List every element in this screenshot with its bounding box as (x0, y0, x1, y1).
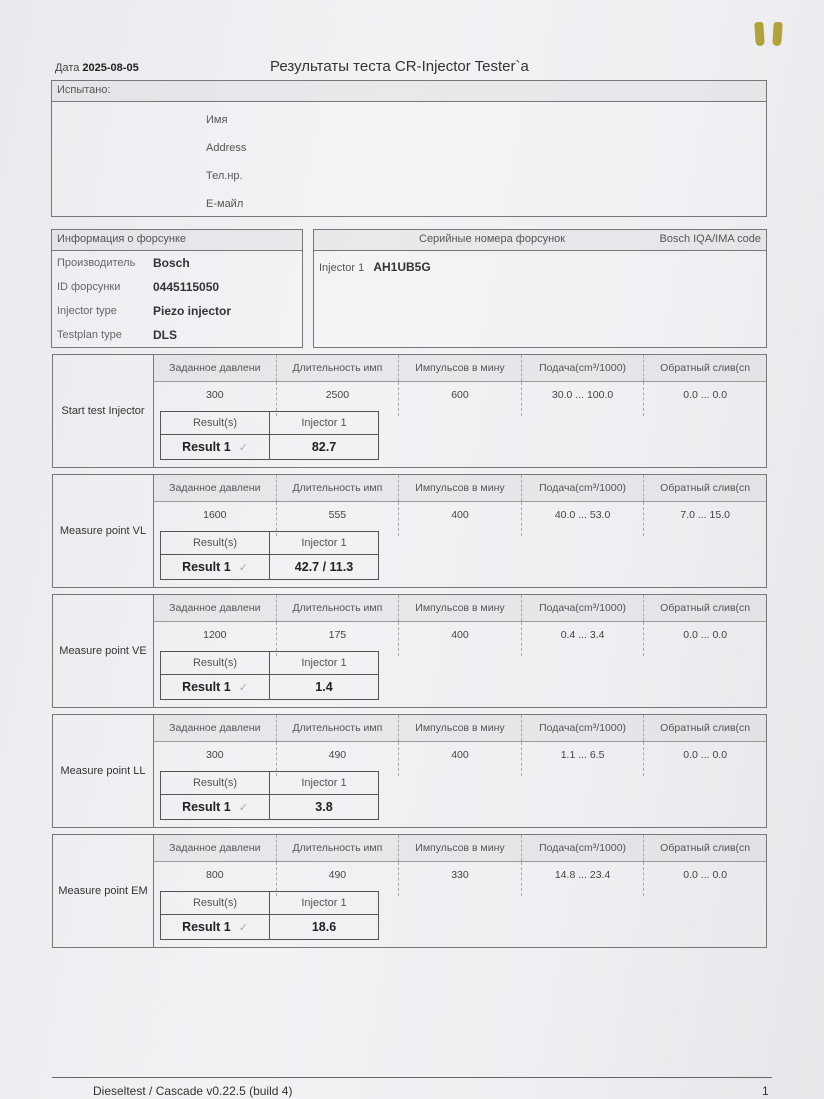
phone-field-label: Тел.нр. (206, 170, 246, 198)
column-header: Заданное давлени (154, 355, 277, 381)
column-header: Длительность имп (277, 355, 400, 381)
result-value-row: Result 1✓ 3.8 (161, 795, 378, 819)
result-label: Result 1 (182, 920, 231, 934)
paper-mark (772, 22, 783, 47)
result-header-row: Result(s) Injector 1 (161, 892, 378, 915)
tested-section: Испытано: Имя Address Тел.нр. E-майл (51, 80, 767, 217)
name-field-label: Имя (206, 114, 246, 142)
serial-code: AH1UB5G (373, 260, 430, 274)
column-value: 7.0 ... 15.0 (644, 502, 766, 536)
column-header: Длительность имп (277, 715, 400, 741)
result-table: Result(s) Injector 1 Result 1✓ 1.4 (160, 651, 379, 700)
column-header: Длительность имп (277, 595, 400, 621)
test-block: Measure point VL Заданное давлениДлитель… (52, 474, 767, 588)
info-key: Testplan type (57, 329, 153, 341)
params-value-row: 300250060030.0 ... 100.00.0 ... 0.0 (154, 382, 766, 412)
info-key: Injector type (57, 305, 153, 317)
column-value: 400 (399, 502, 522, 536)
test-block: Measure point VE Заданное давлениДлитель… (52, 594, 767, 708)
serials-title: Серийные номера форсунок (419, 233, 565, 247)
column-header: Подача(cm³/1000) (522, 835, 645, 861)
column-header: Обратный слив(cn (644, 835, 766, 861)
result-value: 3.8 (270, 795, 378, 819)
column-header: Заданное давлени (154, 835, 277, 861)
result-label: Result 1 (182, 680, 231, 694)
info-row-manufacturer: Производитель Bosch (52, 251, 302, 275)
results-header: Result(s) (161, 412, 270, 434)
injector-info-section: Информация о форсунке Производитель Bosc… (51, 229, 303, 348)
serials-header: Серийные номера форсунок Bosch IQA/IMA c… (314, 230, 766, 251)
footer-divider (52, 1077, 772, 1078)
injector-header: Injector 1 (270, 772, 378, 794)
result-label: Result 1 (182, 440, 231, 454)
results-header: Result(s) (161, 532, 270, 554)
info-row-injector-type: Injector type Piezo injector (52, 299, 302, 323)
email-field-label: E-майл (206, 198, 246, 226)
column-value: 0.0 ... 0.0 (644, 382, 766, 416)
injector-info-title: Информация о форсунке (52, 230, 302, 251)
column-header: Импульсов в мину (399, 475, 522, 501)
column-header: Подача(cm³/1000) (522, 475, 645, 501)
result-value: 82.7 (270, 435, 378, 459)
params-header-row: Заданное давлениДлительность импИмпульсо… (154, 595, 766, 622)
result-value-row: Result 1✓ 82.7 (161, 435, 378, 459)
column-header: Импульсов в мину (399, 715, 522, 741)
info-value: Piezo injector (153, 304, 231, 318)
column-header: Подача(cm³/1000) (522, 715, 645, 741)
column-header: Обратный слив(cn (644, 595, 766, 621)
column-value: 400 (399, 622, 522, 656)
paper-mark (754, 22, 765, 47)
address-field-label: Address (206, 142, 246, 170)
check-icon: ✓ (239, 442, 248, 454)
info-value: Bosch (153, 256, 190, 270)
injector-header: Injector 1 (270, 532, 378, 554)
serial-numbers-section: Серийные номера форсунок Bosch IQA/IMA c… (313, 229, 767, 348)
test-name: Measure point LL (53, 715, 154, 827)
info-row-injector-id: ID форсунки 0445115050 (52, 275, 302, 299)
column-header: Обратный слив(cn (644, 715, 766, 741)
result-header-row: Result(s) Injector 1 (161, 532, 378, 555)
test-block: Measure point LL Заданное давлениДлитель… (52, 714, 767, 828)
check-icon: ✓ (239, 922, 248, 934)
serial-injector: Injector 1 (319, 262, 364, 274)
report-date: Дата 2025-08-05 (55, 62, 139, 74)
footer-software: Dieseltest / Cascade v0.22.5 (build 4) (93, 1084, 292, 1098)
tested-title: Испытано: (52, 81, 766, 102)
params-value-row: 3004904001.1 ... 6.50.0 ... 0.0 (154, 742, 766, 772)
test-name: Measure point VL (53, 475, 154, 587)
params-header-row: Заданное давлениДлительность импИмпульсо… (154, 475, 766, 502)
result-value: 18.6 (270, 915, 378, 939)
check-icon: ✓ (239, 562, 248, 574)
code-column-label: Bosch IQA/IMA code (660, 233, 762, 247)
column-header: Длительность имп (277, 835, 400, 861)
params-value-row: 80049033014.8 ... 23.40.0 ... 0.0 (154, 862, 766, 892)
test-name: Measure point EM (53, 835, 154, 947)
column-value: 0.0 ... 0.0 (644, 742, 766, 776)
report-title: Результаты теста CR-Injector Tester`a (270, 58, 529, 75)
column-header: Обратный слив(cn (644, 355, 766, 381)
params-header-row: Заданное давлениДлительность импИмпульсо… (154, 355, 766, 382)
params-value-row: 12001754000.4 ... 3.40.0 ... 0.0 (154, 622, 766, 652)
info-key: Производитель (57, 257, 153, 269)
test-name: Measure point VE (53, 595, 154, 707)
result-value: 1.4 (270, 675, 378, 699)
info-key: ID форсунки (57, 281, 153, 293)
results-header: Result(s) (161, 772, 270, 794)
results-header: Result(s) (161, 892, 270, 914)
results-header: Result(s) (161, 652, 270, 674)
params-header-row: Заданное давлениДлительность импИмпульсо… (154, 835, 766, 862)
column-value: 600 (399, 382, 522, 416)
column-header: Импульсов в мину (399, 595, 522, 621)
check-icon: ✓ (239, 802, 248, 814)
injector-header: Injector 1 (270, 652, 378, 674)
column-value: 0.0 ... 0.0 (644, 862, 766, 896)
column-header: Заданное давлени (154, 595, 277, 621)
test-block: Start test Injector Заданное давлениДлит… (52, 354, 767, 468)
date-label: Дата (55, 62, 79, 74)
result-value-row: Result 1✓ 1.4 (161, 675, 378, 699)
column-value: 0.4 ... 3.4 (522, 622, 645, 656)
test-name: Start test Injector (53, 355, 154, 467)
info-row-testplan-type: Testplan type DLS (52, 323, 302, 347)
result-table: Result(s) Injector 1 Result 1✓ 3.8 (160, 771, 379, 820)
check-icon: ✓ (239, 682, 248, 694)
column-header: Подача(cm³/1000) (522, 595, 645, 621)
result-label: Result 1 (182, 800, 231, 814)
column-header: Обратный слив(cn (644, 475, 766, 501)
info-value: DLS (153, 328, 177, 342)
serial-row: Injector 1 AH1UB5G (314, 251, 766, 283)
result-value-row: Result 1✓ 42.7 / 11.3 (161, 555, 378, 579)
column-header: Длительность имп (277, 475, 400, 501)
result-value-row: Result 1✓ 18.6 (161, 915, 378, 939)
result-header-row: Result(s) Injector 1 (161, 652, 378, 675)
column-value: 1.1 ... 6.5 (522, 742, 645, 776)
result-table: Result(s) Injector 1 Result 1✓ 82.7 (160, 411, 379, 460)
column-header: Заданное давлени (154, 715, 277, 741)
injector-header: Injector 1 (270, 892, 378, 914)
result-table: Result(s) Injector 1 Result 1✓ 42.7 / 11… (160, 531, 379, 580)
page-number: 1 (762, 1084, 769, 1098)
test-block: Measure point EM Заданное давлениДлитель… (52, 834, 767, 948)
result-table: Result(s) Injector 1 Result 1✓ 18.6 (160, 891, 379, 940)
result-header-row: Result(s) Injector 1 (161, 772, 378, 795)
column-value: 0.0 ... 0.0 (644, 622, 766, 656)
info-value: 0445115050 (153, 280, 219, 294)
column-header: Заданное давлени (154, 475, 277, 501)
column-value: 14.8 ... 23.4 (522, 862, 645, 896)
column-header: Импульсов в мину (399, 835, 522, 861)
column-header: Импульсов в мину (399, 355, 522, 381)
column-value: 330 (399, 862, 522, 896)
date-value: 2025-08-05 (82, 62, 138, 74)
column-value: 40.0 ... 53.0 (522, 502, 645, 536)
result-value: 42.7 / 11.3 (270, 555, 378, 579)
result-label: Result 1 (182, 560, 231, 574)
params-value-row: 160055540040.0 ... 53.07.0 ... 15.0 (154, 502, 766, 532)
injector-header: Injector 1 (270, 412, 378, 434)
column-header: Подача(cm³/1000) (522, 355, 645, 381)
column-value: 30.0 ... 100.0 (522, 382, 645, 416)
result-header-row: Result(s) Injector 1 (161, 412, 378, 435)
params-header-row: Заданное давлениДлительность импИмпульсо… (154, 715, 766, 742)
column-value: 400 (399, 742, 522, 776)
